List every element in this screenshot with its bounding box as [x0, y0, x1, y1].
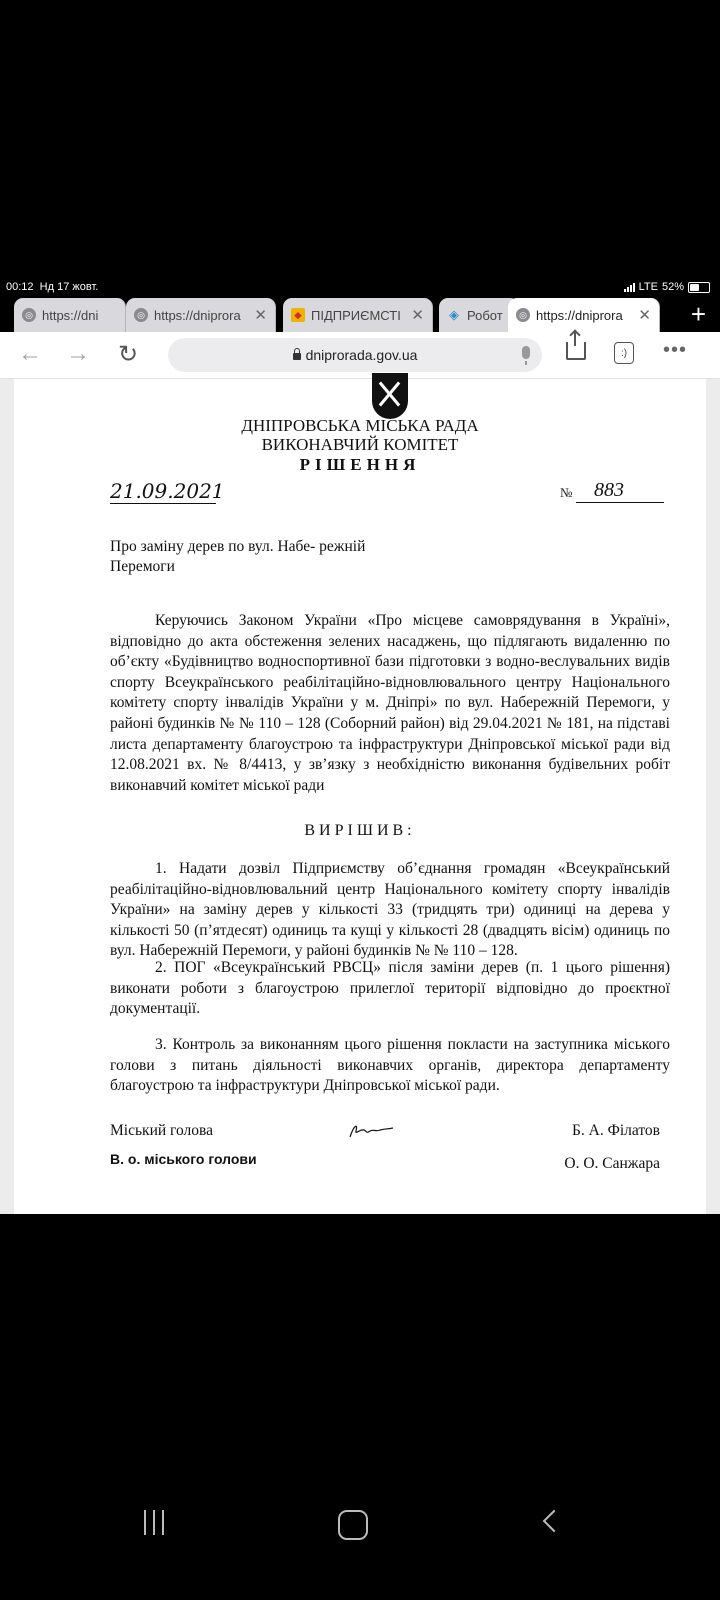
tab-3[interactable]: ◆ ПІДПРИЄМСТІ ✕	[283, 298, 433, 332]
tabs-overview-button[interactable]: :)	[614, 342, 634, 364]
status-right: LTE 52%	[624, 281, 710, 293]
close-tab-icon[interactable]: ✕	[254, 306, 267, 324]
resolution-item-2: 2. ПОГ «Всеукраїнський РВСЦ» після замін…	[110, 958, 670, 1020]
document-type: РІШЕННЯ	[14, 455, 706, 475]
resolution-item-1: 1. Надати дозвіл Підприємству об’єднання…	[110, 859, 670, 962]
browser-toolbar: ← → ↻ dniprorada.gov.ua :) •••	[0, 332, 720, 379]
tab-5-active[interactable]: ◎ https://dniprora ✕	[508, 298, 660, 332]
back-nav-button[interactable]	[543, 1510, 566, 1533]
lock-icon	[293, 353, 301, 360]
document-number: 883	[576, 479, 664, 503]
page-viewport: ДНІПРОВСЬКА МІСЬКА РАДА ВИКОНАВЧИЙ КОМІТ…	[0, 379, 720, 1214]
close-tab-icon[interactable]: ✕	[638, 306, 651, 324]
org-name: ДНІПРОВСЬКА МІСЬКА РАДА	[14, 416, 706, 436]
url-text: dniprorada.gov.ua	[306, 347, 418, 363]
resolution-item-3: 3. Контроль за виконанням цього рішення …	[110, 1035, 670, 1097]
globe-icon: ◎	[134, 308, 148, 322]
globe-icon: ◎	[22, 308, 36, 322]
recent-apps-button[interactable]	[144, 1510, 164, 1535]
document-page: ДНІПРОВСЬКА МІСЬКА РАДА ВИКОНАВЧИЙ КОМІТ…	[14, 379, 706, 1214]
back-button[interactable]: ←	[18, 340, 42, 368]
tab-2[interactable]: ◎ https://dniprora ✕	[126, 298, 276, 332]
tab-1[interactable]: ◎ https://dni	[14, 298, 126, 332]
android-nav-bar	[0, 1505, 720, 1555]
home-button[interactable]	[338, 1510, 368, 1540]
tab-4[interactable]: ◈ Робот	[439, 298, 519, 332]
microphone-icon[interactable]	[522, 346, 530, 359]
status-bar: 00:12 Нд 17 жовт. LTE 52%	[0, 278, 720, 298]
diamond-icon: ◈	[447, 308, 461, 322]
document-date: 21.09.2021	[110, 479, 216, 504]
close-tab-icon[interactable]: ✕	[411, 306, 424, 324]
tab-strip: ◎ https://dni ◎ https://dniprora ✕ ◆ ПІД…	[0, 298, 720, 332]
resolved-heading: ВИРІШИВ:	[14, 822, 706, 840]
address-bar[interactable]: dniprorada.gov.ua	[168, 338, 542, 372]
status-time-date: 00:12 Нд 17 жовт.	[6, 281, 98, 293]
acting-mayor-name: О. О. Санжара	[564, 1155, 660, 1173]
preamble-paragraph: Керуючись Законом України «Про місцеве с…	[110, 611, 670, 796]
signature-scribble	[344, 1121, 394, 1139]
globe-icon: ◎	[516, 308, 530, 322]
org-committee: ВИКОНАВЧИЙ КОМІТЕТ	[14, 435, 706, 455]
battery-icon	[688, 282, 710, 293]
reload-button[interactable]: ↻	[118, 340, 138, 369]
new-tab-button[interactable]: +	[691, 300, 706, 328]
city-emblem-icon	[372, 373, 408, 419]
share-icon[interactable]	[566, 342, 586, 360]
mayor-name: Б. А. Філатов	[572, 1122, 660, 1140]
mayor-title: Міський голова	[110, 1122, 213, 1140]
network-label: LTE	[639, 281, 658, 293]
acting-mayor-title: В. о. міського голови	[110, 1151, 257, 1167]
number-label: №	[560, 485, 572, 501]
more-menu-button[interactable]: •••	[663, 339, 687, 362]
orange-logo-icon: ◆	[291, 308, 305, 322]
battery-percent: 52%	[662, 281, 684, 293]
forward-button[interactable]: →	[66, 340, 90, 368]
document-subject: Про заміну дерев по вул. Набе- режній Пе…	[110, 537, 370, 577]
signal-icon	[624, 283, 635, 292]
